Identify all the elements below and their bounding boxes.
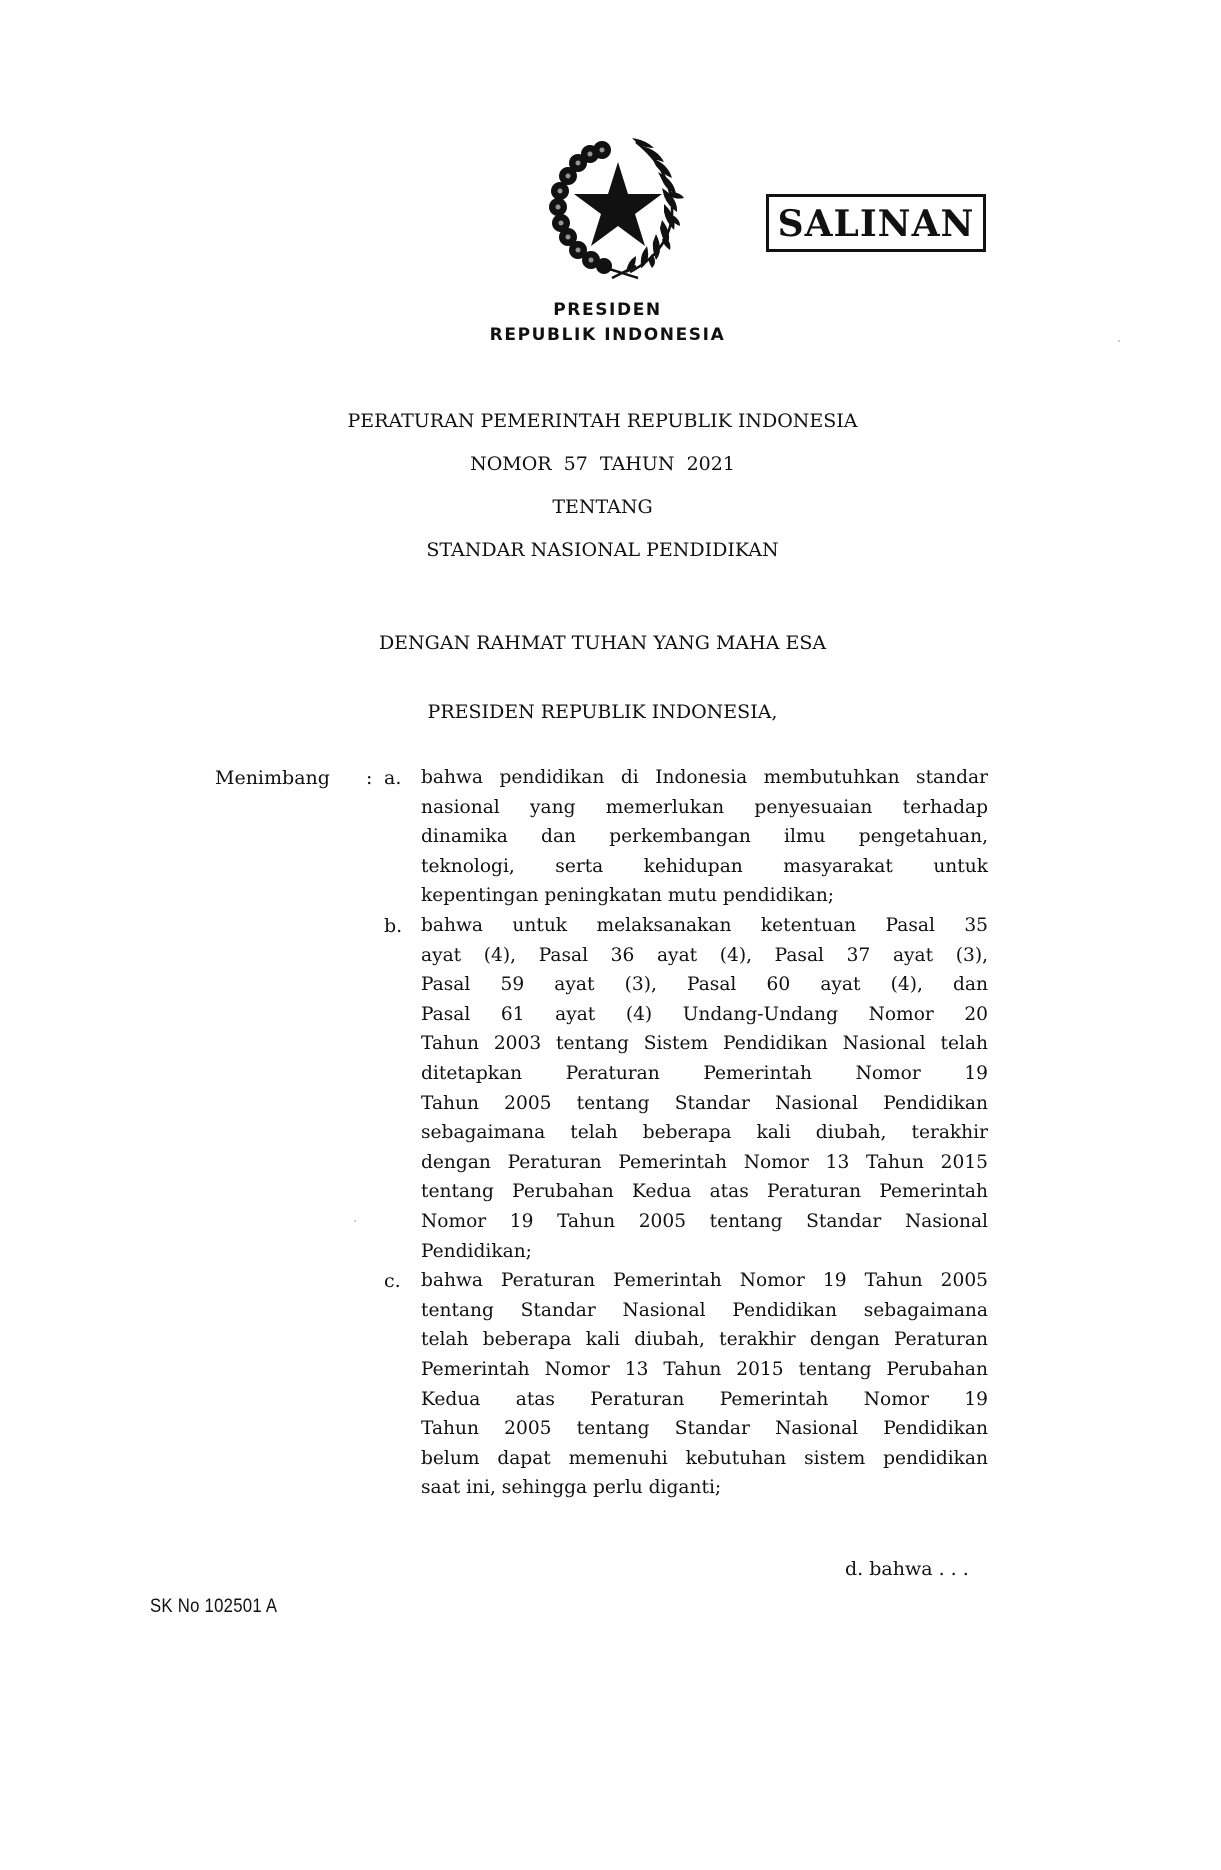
considering-item-line: bahwa pendidikan di Indonesia membutuhka… — [421, 766, 988, 790]
considering-item-line: dinamika dan perkembangan ilmu pengetahu… — [421, 825, 988, 849]
considering-item-label: b. — [384, 914, 402, 938]
considering-item-line: ditetapkan Peraturan Pemerintah Nomor 19 — [421, 1062, 988, 1086]
considering-item-line: bahwa untuk melaksanakan ketentuan Pasal… — [421, 914, 988, 938]
considering-item-line: teknologi, serta kehidupan masyarakat un… — [421, 855, 988, 879]
considering-item-line: Kedua atas Peraturan Pemerintah Nomor 19 — [421, 1388, 988, 1412]
considering-item-line: belum dapat memenuhi kebutuhan sistem pe… — [421, 1447, 988, 1471]
regulation-number: NOMOR 57 TAHUN 2021 — [0, 452, 1213, 476]
copy-stamp-label: SALINAN — [769, 203, 983, 245]
issuer: PRESIDEN REPUBLIK INDONESIA, — [0, 700, 1213, 724]
considering-item-line: Nomor 19 Tahun 2005 tentang Standar Nasi… — [421, 1210, 988, 1234]
considering-item-line: saat ini, sehingga perlu diganti; — [421, 1476, 988, 1500]
considering-heading: Menimbang — [215, 766, 330, 790]
considering-item-line: bahwa Peraturan Pemerintah Nomor 19 Tahu… — [421, 1269, 988, 1293]
document-code: SK No 102501 A — [150, 1596, 277, 1618]
considering-item-line: kepentingan peningkatan mutu pendidikan; — [421, 884, 988, 908]
considering-item-line: ayat (4), Pasal 36 ayat (4), Pasal 37 ay… — [421, 944, 988, 968]
presidential-emblem-icon — [546, 132, 692, 282]
regulation-about: TENTANG — [0, 495, 1213, 519]
considering-item-line: sebagaimana telah beberapa kali diubah, … — [421, 1121, 988, 1145]
office-title-republik: REPUBLIK INDONESIA — [0, 325, 1218, 345]
considering-item-label: a. — [384, 766, 401, 790]
considering-item-label: c. — [384, 1269, 401, 1293]
continuation-reference: d. bahwa . . . — [845, 1557, 969, 1581]
invocation: DENGAN RAHMAT TUHAN YANG MAHA ESA — [0, 631, 1213, 655]
considering-item-line: Tahun 2005 tentang Standar Nasional Pend… — [421, 1092, 988, 1116]
considering-item-line: Pasal 61 ayat (4) Undang-Undang Nomor 20 — [421, 1003, 988, 1027]
considering-item-line: nasional yang memerlukan penyesuaian ter… — [421, 796, 988, 820]
considering-colon: : — [366, 766, 372, 790]
regulation-subject: STANDAR NASIONAL PENDIDIKAN — [0, 538, 1213, 562]
considering-item-line: tentang Standar Nasional Pendidikan seba… — [421, 1299, 988, 1323]
considering-item-line: Tahun 2005 tentang Standar Nasional Pend… — [421, 1417, 988, 1441]
considering-item-line: tentang Perubahan Kedua atas Peraturan P… — [421, 1180, 988, 1204]
considering-item-line: Pendidikan; — [421, 1240, 988, 1264]
considering-item-line: Pemerintah Nomor 13 Tahun 2015 tentang P… — [421, 1358, 988, 1382]
scan-speck — [354, 1220, 356, 1222]
considering-item-line: Tahun 2003 tentang Sistem Pendidikan Nas… — [421, 1032, 988, 1056]
office-title-presiden: PRESIDEN — [0, 300, 1218, 320]
scan-speck — [1118, 340, 1120, 342]
regulation-title: PERATURAN PEMERINTAH REPUBLIK INDONESIA — [0, 409, 1213, 433]
copy-stamp: SALINAN — [766, 194, 986, 252]
considering-item-line: Pasal 59 ayat (3), Pasal 60 ayat (4), da… — [421, 973, 988, 997]
considering-item-line: telah beberapa kali diubah, terakhir den… — [421, 1328, 988, 1352]
considering-item-line: dengan Peraturan Pemerintah Nomor 13 Tah… — [421, 1151, 988, 1175]
